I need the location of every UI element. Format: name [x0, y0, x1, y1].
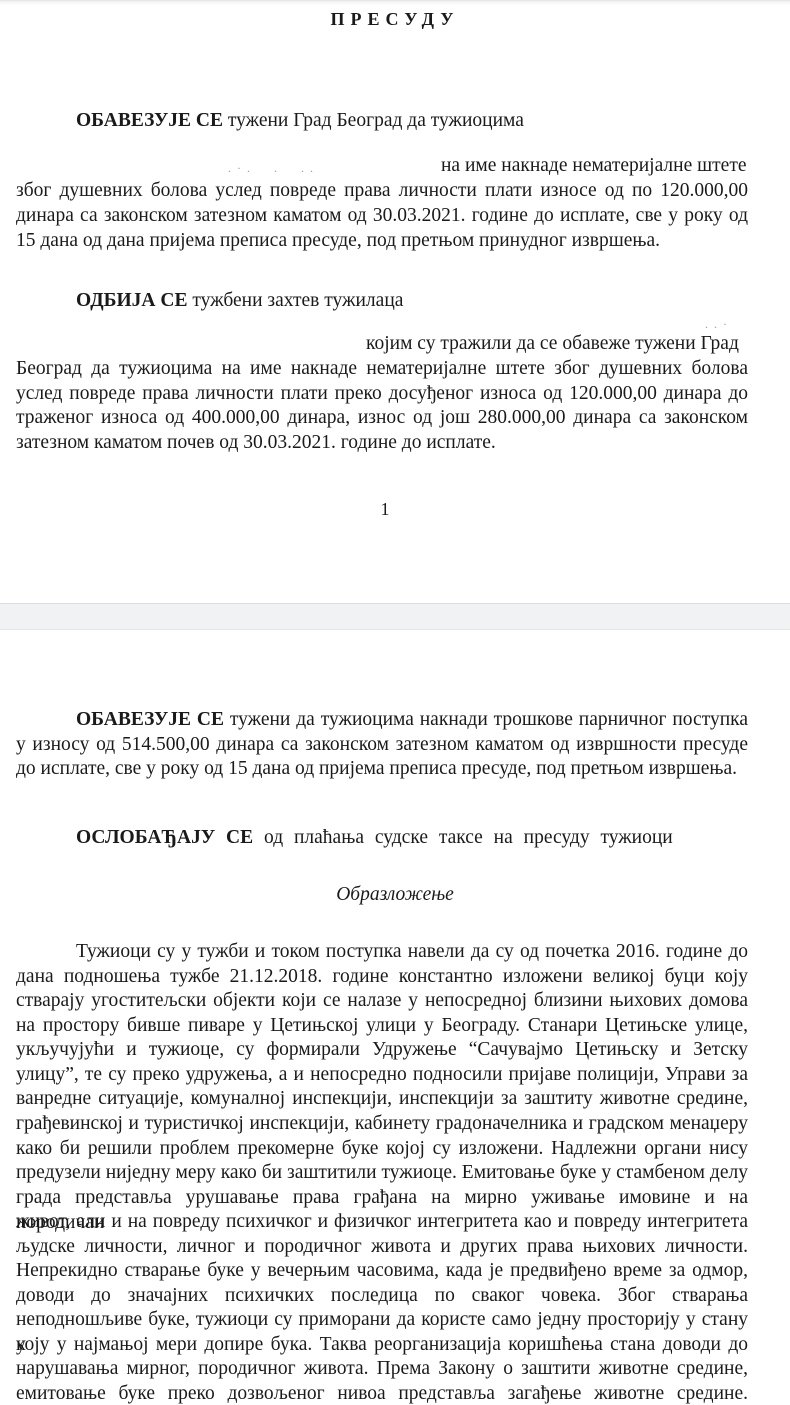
page-separator	[0, 603, 790, 630]
document-page-2: ОБАВЕЗУЈЕ СЕ тужени да тужиоцима накнади…	[0, 630, 790, 1405]
ruling-1-lead: ОБАВЕЗУЈЕ СЕ тужени Град Београд да тужи…	[76, 108, 524, 133]
ruling-3-lead: ОБАВЕЗУЈЕ СЕ тужени да тужиоцима накнади…	[76, 707, 748, 732]
ruling-1-line: због душевних болова услед повреде права…	[16, 178, 748, 203]
ruling-1-lead-rest: тужени Град Београд да тужиоцима	[223, 110, 524, 131]
ruling-4-lead: ОСЛОБАЂАЈУ СЕ од плаћања судске таксе на…	[76, 825, 673, 850]
ruling-2-bold: ОДБИЈА СЕ	[76, 290, 187, 311]
ruling-2-line-after-redaction: којим су тражили да се обавеже тужени Гр…	[366, 331, 739, 356]
reasoning-line: нарушавања мирног, породичног живота. Пр…	[16, 1356, 748, 1381]
reasoning-line: живот, али и на повреду психичког и физи…	[16, 1209, 748, 1234]
reasoning-line: дана подношења тужбе 21.12.2018. године …	[16, 964, 748, 989]
reasoning-line: улицу”, те су преко удружења, а и непоср…	[16, 1062, 748, 1087]
ruling-1-line-after-redaction: на име накнаде нематеријалне штете	[441, 153, 747, 178]
reasoning-line: Тужиоци су у тужби и током поступка наве…	[76, 939, 748, 964]
ruling-2-line: траженог износа од 400.000,00 динара, из…	[16, 405, 748, 430]
reasoning-line: укључујући и тужиоце, су формирали Удруж…	[16, 1037, 748, 1062]
ruling-3-bold: ОБАВЕЗУЈЕ СЕ	[76, 709, 224, 730]
ruling-4-bold: ОСЛОБАЂАЈУ СЕ	[76, 827, 253, 848]
reasoning-line: доводи до значајних психичких последица …	[16, 1283, 748, 1308]
reasoning-line: Непрекидно стварање буке у вечерњим часо…	[16, 1258, 748, 1283]
reasoning-line: коју у најмањој мери допире бука. Таква …	[16, 1332, 748, 1357]
reasoning-line: грађевинској и туристичкој инспекцији, к…	[16, 1111, 748, 1136]
ruling-2-line: Београд да тужиоцима на име накнаде нема…	[16, 356, 748, 381]
ruling-2-lead: ОДБИЈА СЕ тужбени захтев тужилаца	[76, 288, 403, 313]
ruling-1-line: динара са законском затезном каматом од …	[16, 203, 748, 228]
verdict-heading: ПРЕСУДУ	[0, 9, 790, 30]
reasoning-line: стварају угоститељски објекти који се на…	[16, 988, 748, 1013]
ruling-2-lead-rest: тужбени захтев тужилаца	[187, 290, 403, 311]
reasoning-line: на простору бивше пиваре у Цетињској ули…	[16, 1013, 748, 1038]
reasoning-line: како би решили проблем прекомерне буке к…	[16, 1136, 748, 1161]
ruling-2-line: услед повреде права личности плати преко…	[16, 381, 748, 406]
reasoning-line: људске личности, личног и породичног жив…	[16, 1234, 748, 1259]
ruling-2-line: затезном каматом почев од 30.03.2021. го…	[16, 430, 748, 455]
reasoning-line: ванредне ситуације, комуналној инспекциј…	[16, 1086, 748, 1111]
reasoning-heading: Образложење	[0, 884, 790, 906]
ruling-3-lead-rest: тужени да тужиоцима накнади трошкове пар…	[224, 709, 748, 730]
page-number: 1	[0, 499, 770, 520]
redaction-marks: .·. . ..	[228, 161, 319, 176]
ruling-3-line: до исплате, све у року од 15 дана од при…	[16, 756, 748, 781]
reasoning-line: емитовање буке преко дозвољеног нивоа пр…	[16, 1381, 748, 1405]
ruling-4-lead-rest: од плаћања судске таксе на пресуду тужио…	[253, 827, 673, 848]
ruling-1-bold: ОБАВЕЗУЈЕ СЕ	[76, 110, 223, 131]
reasoning-line: предузели ниједну меру како би заштитили…	[16, 1160, 748, 1185]
document-page-1: ПРЕСУДУ ОБАВЕЗУЈЕ СЕ тужени Град Београд…	[0, 0, 790, 604]
ruling-3-line: у износу од 514.500,00 динара са законск…	[16, 732, 748, 757]
ruling-1-line: 15 дана од дана пријема преписа пресуде,…	[16, 228, 748, 253]
redaction-marks: ..·	[705, 317, 733, 332]
